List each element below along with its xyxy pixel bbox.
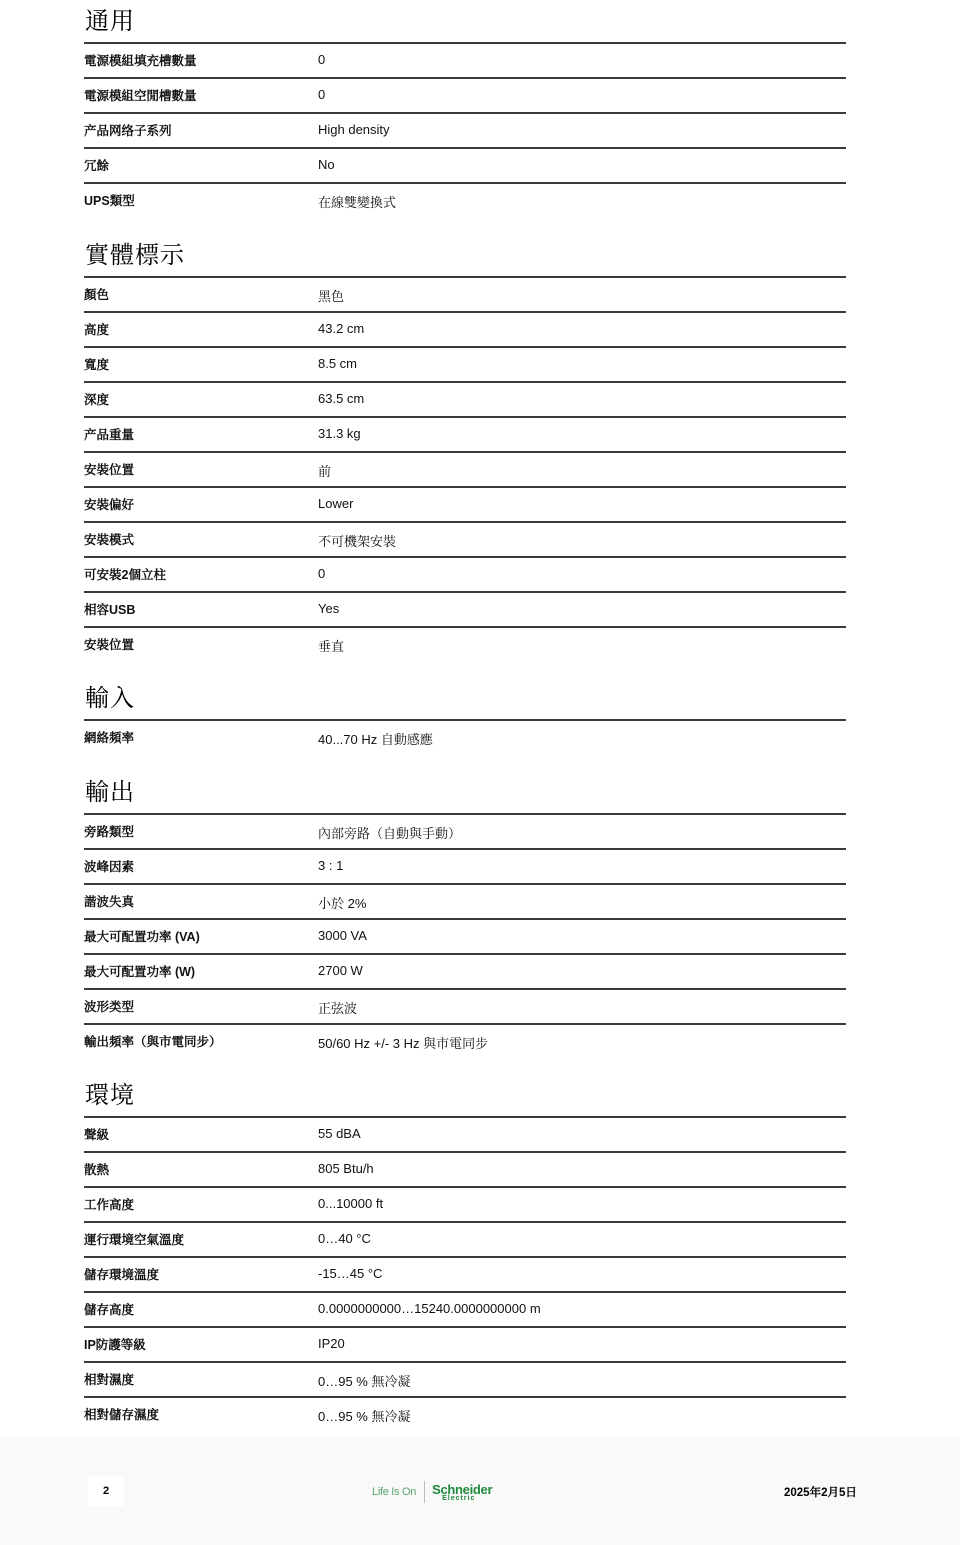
spec-label: UPS類型 bbox=[84, 184, 318, 217]
spec-value: 31.3 kg bbox=[318, 418, 846, 451]
section-title: 輸入 bbox=[84, 677, 846, 719]
spec-row: UPS類型在線雙變換式 bbox=[84, 182, 846, 217]
spec-value: 0...10000 ft bbox=[318, 1188, 846, 1221]
spec-row: 波形类型正弦波 bbox=[84, 988, 846, 1023]
spec-value: 在線雙變換式 bbox=[318, 184, 846, 217]
spec-value: 前 bbox=[318, 453, 846, 486]
spec-label: 产品重量 bbox=[84, 418, 318, 451]
spec-label: 散熱 bbox=[84, 1153, 318, 1186]
spec-row: 聲級55 dBA bbox=[84, 1116, 846, 1151]
spec-row: 可安裝2個立柱0 bbox=[84, 556, 846, 591]
spec-label: 安裝模式 bbox=[84, 523, 318, 556]
spec-label: 可安裝2個立柱 bbox=[84, 558, 318, 591]
spec-value: 黑色 bbox=[318, 278, 846, 311]
spec-label: 電源模組空閒槽數量 bbox=[84, 79, 318, 112]
spec-label: 安裝偏好 bbox=[84, 488, 318, 521]
spec-value: 0 bbox=[318, 44, 846, 77]
spec-label: 相對濕度 bbox=[84, 1363, 318, 1396]
spec-value: 43.2 cm bbox=[318, 313, 846, 346]
spec-label: 寬度 bbox=[84, 348, 318, 381]
spec-label: 相對儲存濕度 bbox=[84, 1398, 318, 1431]
spec-value: 小於 2% bbox=[318, 885, 846, 918]
spec-label: 儲存環境溫度 bbox=[84, 1258, 318, 1291]
spec-value: 0 bbox=[318, 558, 846, 591]
spec-value: 不可機架安裝 bbox=[318, 523, 846, 556]
spec-value: 3 : 1 bbox=[318, 850, 846, 883]
section-environment: 環境 聲級55 dBA 散熱805 Btu/h 工作高度0...10000 ft… bbox=[84, 1074, 846, 1431]
spec-value: Lower bbox=[318, 488, 846, 521]
section-title: 通用 bbox=[84, 0, 846, 42]
spec-label: 諧波失真 bbox=[84, 885, 318, 918]
page-number: 2 bbox=[88, 1477, 124, 1506]
spec-row: 工作高度0...10000 ft bbox=[84, 1186, 846, 1221]
spec-row: 諧波失真小於 2% bbox=[84, 883, 846, 918]
spec-value: 0…95 % 無冷凝 bbox=[318, 1363, 846, 1396]
spec-label: 冗餘 bbox=[84, 149, 318, 182]
spec-row: 安裝位置垂直 bbox=[84, 626, 846, 661]
spec-label: 相容USB bbox=[84, 593, 318, 626]
spec-value: 0.0000000000…15240.0000000000 m bbox=[318, 1293, 846, 1326]
section-title: 環境 bbox=[84, 1074, 846, 1116]
document-date: 2025年2月5日 bbox=[784, 1484, 857, 1500]
section-physical: 實體標示 顏色黑色 高度43.2 cm 寬度8.5 cm 深度63.5 cm 产… bbox=[84, 234, 846, 661]
spec-label: 儲存高度 bbox=[84, 1293, 318, 1326]
spec-row: 产品重量31.3 kg bbox=[84, 416, 846, 451]
spec-row: 寬度8.5 cm bbox=[84, 346, 846, 381]
spec-row: 产品网络子系列High density bbox=[84, 112, 846, 147]
spec-label: 網絡頻率 bbox=[84, 721, 318, 754]
spec-label: 波峰因素 bbox=[84, 850, 318, 883]
spec-label: 最大可配置功率 (VA) bbox=[84, 920, 318, 953]
logo-divider bbox=[424, 1481, 425, 1503]
spec-row: IP防護等級IP20 bbox=[84, 1326, 846, 1361]
spec-value: 63.5 cm bbox=[318, 383, 846, 416]
spec-row: 冗餘No bbox=[84, 147, 846, 182]
spec-label: 安裝位置 bbox=[84, 628, 318, 661]
spec-row: 網絡頻率40...70 Hz 自動感應 bbox=[84, 719, 846, 754]
spec-value: 3000 VA bbox=[318, 920, 846, 953]
spec-row: 深度63.5 cm bbox=[84, 381, 846, 416]
section-general: 通用 電源模組填充槽數量0 電源模組空閒槽數量0 产品网络子系列High den… bbox=[84, 0, 846, 217]
logo-tagline: Life Is On bbox=[372, 1486, 416, 1498]
spec-label: 高度 bbox=[84, 313, 318, 346]
spec-row: 安裝偏好Lower bbox=[84, 486, 846, 521]
page-footer: 2 Life Is On Schneider Electric 2025年2月5… bbox=[0, 1437, 960, 1545]
spec-row: 相對儲存濕度0…95 % 無冷凝 bbox=[84, 1396, 846, 1431]
brand-sub: Electric bbox=[432, 1495, 492, 1502]
spec-value: 55 dBA bbox=[318, 1118, 846, 1151]
spec-row: 輸出頻率（與市電同步）50/60 Hz +/- 3 Hz 與市電同步 bbox=[84, 1023, 846, 1058]
spec-row: 運行環境空氣溫度0…40 °C bbox=[84, 1221, 846, 1256]
spec-label: 波形类型 bbox=[84, 990, 318, 1023]
spec-label: 产品网络子系列 bbox=[84, 114, 318, 147]
spec-row: 波峰因素3 : 1 bbox=[84, 848, 846, 883]
spec-value: 2700 W bbox=[318, 955, 846, 988]
spec-row: 電源模組空閒槽數量0 bbox=[84, 77, 846, 112]
spec-label: 輸出頻率（與市電同步） bbox=[84, 1025, 318, 1058]
spec-value: Yes bbox=[318, 593, 846, 626]
section-input: 輸入 網絡頻率40...70 Hz 自動感應 bbox=[84, 677, 846, 754]
spec-label: 最大可配置功率 (W) bbox=[84, 955, 318, 988]
spec-value: No bbox=[318, 149, 846, 182]
spec-label: 聲級 bbox=[84, 1118, 318, 1151]
section-title: 實體標示 bbox=[84, 234, 846, 276]
spec-label: 運行環境空氣溫度 bbox=[84, 1223, 318, 1256]
spec-value: 8.5 cm bbox=[318, 348, 846, 381]
spec-value: 40...70 Hz 自動感應 bbox=[318, 721, 846, 754]
spec-row: 散熱805 Btu/h bbox=[84, 1151, 846, 1186]
spec-value: 垂直 bbox=[318, 628, 846, 661]
schneider-logo: Life Is On Schneider Electric bbox=[372, 1479, 492, 1505]
spec-row: 電源模組填充槽數量0 bbox=[84, 42, 846, 77]
spec-row: 相對濕度0…95 % 無冷凝 bbox=[84, 1361, 846, 1396]
spec-label: 安裝位置 bbox=[84, 453, 318, 486]
spec-row: 安裝模式不可機架安裝 bbox=[84, 521, 846, 556]
spec-value: 805 Btu/h bbox=[318, 1153, 846, 1186]
spec-row: 最大可配置功率 (W)2700 W bbox=[84, 953, 846, 988]
spec-label: IP防護等級 bbox=[84, 1328, 318, 1361]
spec-row: 旁路類型內部旁路（自動與手動） bbox=[84, 813, 846, 848]
spec-value: 內部旁路（自動與手動） bbox=[318, 815, 846, 848]
section-output: 輸出 旁路類型內部旁路（自動與手動） 波峰因素3 : 1 諧波失真小於 2% 最… bbox=[84, 771, 846, 1058]
section-title: 輸出 bbox=[84, 771, 846, 813]
spec-value: 0 bbox=[318, 79, 846, 112]
spec-row: 顏色黑色 bbox=[84, 276, 846, 311]
spec-value: High density bbox=[318, 114, 846, 147]
spec-value: 正弦波 bbox=[318, 990, 846, 1023]
spec-label: 工作高度 bbox=[84, 1188, 318, 1221]
spec-label: 顏色 bbox=[84, 278, 318, 311]
spec-label: 旁路類型 bbox=[84, 815, 318, 848]
spec-value: -15…45 °C bbox=[318, 1258, 846, 1291]
spec-row: 最大可配置功率 (VA)3000 VA bbox=[84, 918, 846, 953]
spec-value: 0…40 °C bbox=[318, 1223, 846, 1256]
spec-label: 深度 bbox=[84, 383, 318, 416]
spec-label: 電源模組填充槽數量 bbox=[84, 44, 318, 77]
spec-row: 安裝位置前 bbox=[84, 451, 846, 486]
spec-row: 儲存環境溫度-15…45 °C bbox=[84, 1256, 846, 1291]
spec-row: 儲存高度0.0000000000…15240.0000000000 m bbox=[84, 1291, 846, 1326]
spec-value: 0…95 % 無冷凝 bbox=[318, 1398, 846, 1431]
spec-row: 相容USBYes bbox=[84, 591, 846, 626]
spec-value: IP20 bbox=[318, 1328, 846, 1361]
spec-row: 高度43.2 cm bbox=[84, 311, 846, 346]
brand-wordmark: Schneider Electric bbox=[432, 1483, 492, 1502]
spec-value: 50/60 Hz +/- 3 Hz 與市電同步 bbox=[318, 1025, 846, 1058]
